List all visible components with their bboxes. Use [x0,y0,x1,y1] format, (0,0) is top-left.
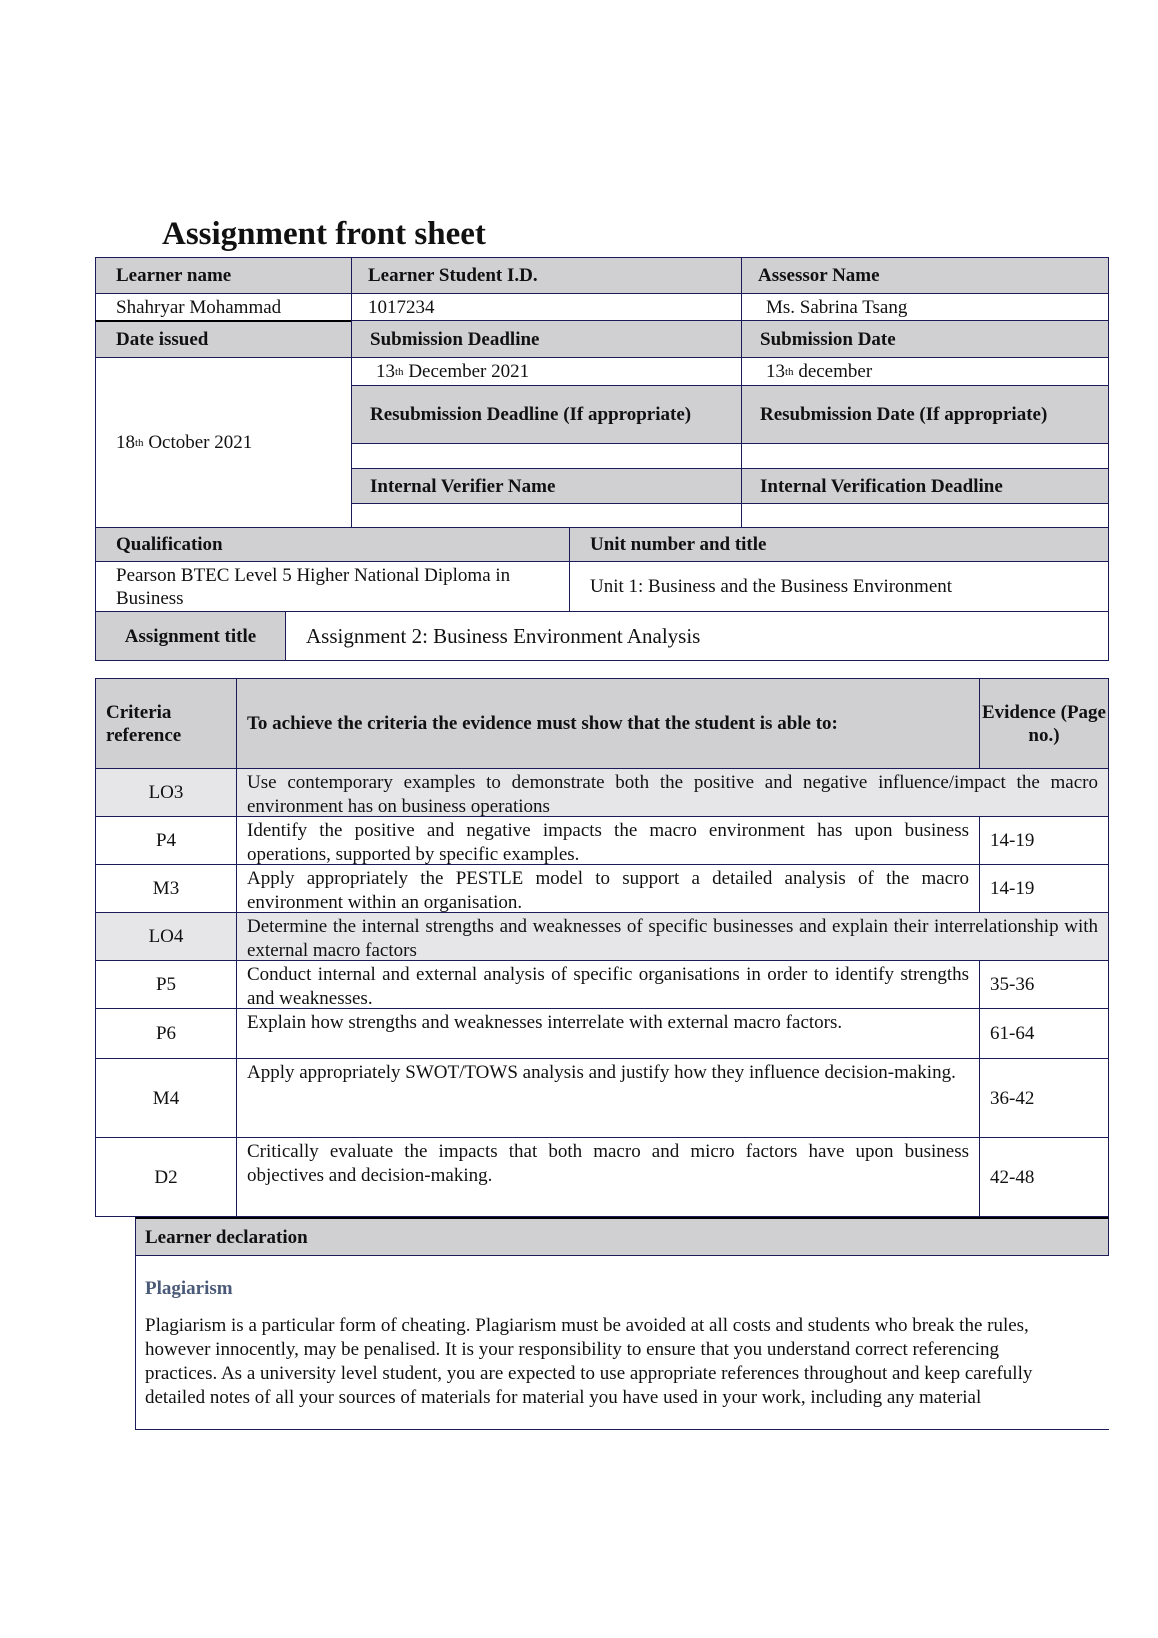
declaration-body: Plagiarism Plagiarism is a particular fo… [135,1255,1109,1430]
criteria-description: Explain how strengths and weaknesses int… [236,1008,980,1059]
resub-date-value[interactable] [741,443,1109,469]
plagiarism-line: however innocently, may be penalised. It… [145,1338,1109,1362]
qualification-label: Qualification [95,527,570,562]
unit-label: Unit number and title [569,527,1109,562]
plagiarism-line: Plagiarism is a particular form of cheat… [145,1314,1109,1338]
page-title: Assignment front sheet [162,214,486,254]
criteria-evidence: 42-48 [979,1137,1109,1217]
criteria-ref: P4 [95,816,237,865]
plagiarism-line: practices. As a university level student… [145,1362,1109,1386]
criteria-evidence: 61-64 [979,1008,1109,1059]
plagiarism-heading: Plagiarism [145,1278,233,1300]
criteria-ref: D2 [95,1137,237,1217]
plagiarism-line: detailed notes of all your sources of ma… [145,1386,1109,1410]
criteria-description: Conduct internal and external analysis o… [236,960,980,1009]
criteria-description: Determine the internal strengths and wea… [236,912,1109,961]
iv-deadline-label: Internal Verification Deadline [741,468,1109,504]
criteria-evidence: 35-36 [979,960,1109,1009]
assignment-title-label: Assignment title [95,611,286,661]
criteria-ref: P5 [95,960,237,1009]
criteria-ref-header: Criteria reference [95,678,237,769]
resub-deadline-value[interactable] [351,443,742,469]
date-issued-label: Date issued [95,320,352,358]
criteria-ref: P6 [95,1008,237,1059]
submission-date-value: 13th december [741,357,1109,386]
plagiarism-text: Plagiarism is a particular form of cheat… [145,1314,1109,1410]
resub-deadline-label: Resubmission Deadline (If appropriate) [351,385,742,444]
criteria-ref: LO3 [95,768,237,817]
assignment-title-value: Assignment 2: Business Environment Analy… [285,611,1109,661]
qualification-value: Pearson BTEC Level 5 Higher National Dip… [95,561,570,612]
iv-name-label: Internal Verifier Name [351,468,742,504]
criteria-description: Apply appropriately SWOT/TOWS analysis a… [236,1058,980,1138]
submission-deadline-value: 13th December 2021 [351,357,742,386]
iv-deadline-value[interactable] [741,503,1109,528]
student-id-value: 1017234 [351,293,742,321]
assessor-value: Ms. Sabrina Tsang [741,293,1109,321]
submission-date-label: Submission Date [741,320,1109,358]
learner-name-value: Shahryar Mohammad [95,293,352,321]
resub-date-label: Resubmission Date (If appropriate) [741,385,1109,444]
learner-name-label: Learner name [95,257,352,294]
criteria-evidence: 14-19 [979,864,1109,913]
criteria-ref: LO4 [95,912,237,961]
date-issued-value: 18th October 2021 [95,357,352,528]
criteria-ref: M3 [95,864,237,913]
declaration-heading: Learner declaration [135,1217,1109,1256]
unit-value: Unit 1: Business and the Business Enviro… [569,561,1109,612]
criteria-evidence-header: Evidence (Page no.) [979,678,1109,769]
criteria-ref: M4 [95,1058,237,1138]
criteria-desc-header: To achieve the criteria the evidence mus… [236,678,980,769]
criteria-evidence: 36-42 [979,1058,1109,1138]
criteria-description: Apply appropriately the PESTLE model to … [236,864,980,913]
criteria-description: Use contemporary examples to demonstrate… [236,768,1109,817]
criteria-evidence: 14-19 [979,816,1109,865]
criteria-description: Identify the positive and negative impac… [236,816,980,865]
criteria-description: Critically evaluate the impacts that bot… [236,1137,980,1217]
student-id-label: Learner Student I.D. [351,257,742,294]
iv-name-value[interactable] [351,503,742,528]
submission-deadline-label: Submission Deadline [351,320,742,358]
assessor-label: Assessor Name [741,257,1109,294]
